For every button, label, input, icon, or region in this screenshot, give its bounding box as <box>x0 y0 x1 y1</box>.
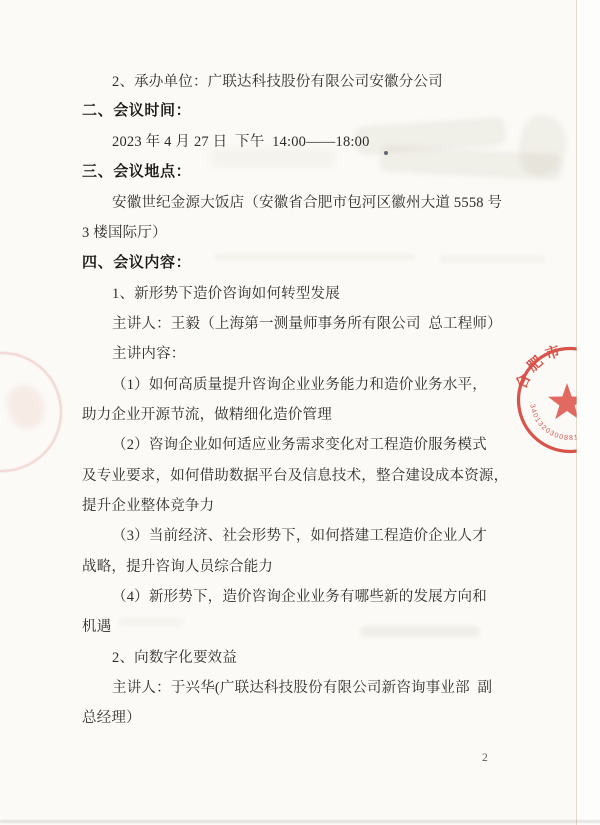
doc-line: （3）当前经济、社会形势下，如何搭建工程造价企业人才 <box>112 527 487 545</box>
doc-line: 总经理） <box>82 709 141 727</box>
doc-line: （4）新形势下，造价咨询企业业务有哪些新的发展方向和 <box>112 588 487 606</box>
doc-line: 主讲人：于兴华(广联达科技股份有限公司新咨询事业部 副 <box>112 679 492 697</box>
page-edge-line <box>576 0 577 825</box>
doc-line: 助力企业开源节流，做精细化造价管理 <box>82 406 332 424</box>
doc-heading: 三、会议地点： <box>82 163 191 181</box>
doc-line: 主讲内容： <box>112 345 186 363</box>
doc-heading: 四、会议内容： <box>82 254 191 272</box>
doc-line: 安徽世纪金源大饭店（安徽省合肥市包河区徽州大道 5558 号 <box>112 194 502 212</box>
doc-line: 2023 年 4 月 27 日 下午 14:00——18:00 <box>112 133 370 151</box>
page-number: 2 <box>482 752 488 764</box>
doc-line: 2、承办单位：广联达科技股份有限公司安徽分公司 <box>112 73 443 91</box>
doc-line: （2）咨询企业如何适应业务需求变化对工程造价服务模式 <box>112 436 487 454</box>
doc-line: 机遇 <box>82 618 111 636</box>
doc-line: 主讲人：王毅（上海第一测量师事务所有限公司 总工程师） <box>112 315 502 333</box>
scan-margin-strip <box>577 0 600 825</box>
doc-heading: 二、会议时间： <box>82 102 191 120</box>
doc-line: 提升企业整体竞争力 <box>82 497 214 515</box>
doc-line: （1）如何高质量提升咨询企业业务能力和造价业务水平， <box>112 376 487 394</box>
doc-line: 1、新形势下造价咨询如何转型发展 <box>112 285 340 303</box>
document-text: 2、承办单位：广联达科技股份有限公司安徽分公司 二、会议时间： 2023 年 4… <box>0 0 600 825</box>
page-bottom-shadow <box>0 820 600 823</box>
doc-line: 3 楼国际厅） <box>82 224 167 242</box>
doc-line: 战略，提升咨询人员综合能力 <box>82 558 273 576</box>
doc-line: 2、向数字化要效益 <box>112 649 237 667</box>
doc-line: 及专业要求，如何借助数据平台及信息技术，整合建设成本资源， <box>82 467 508 485</box>
scanned-document-page: 2、承办单位：广联达科技股份有限公司安徽分公司 二、会议时间： 2023 年 4… <box>0 0 600 825</box>
